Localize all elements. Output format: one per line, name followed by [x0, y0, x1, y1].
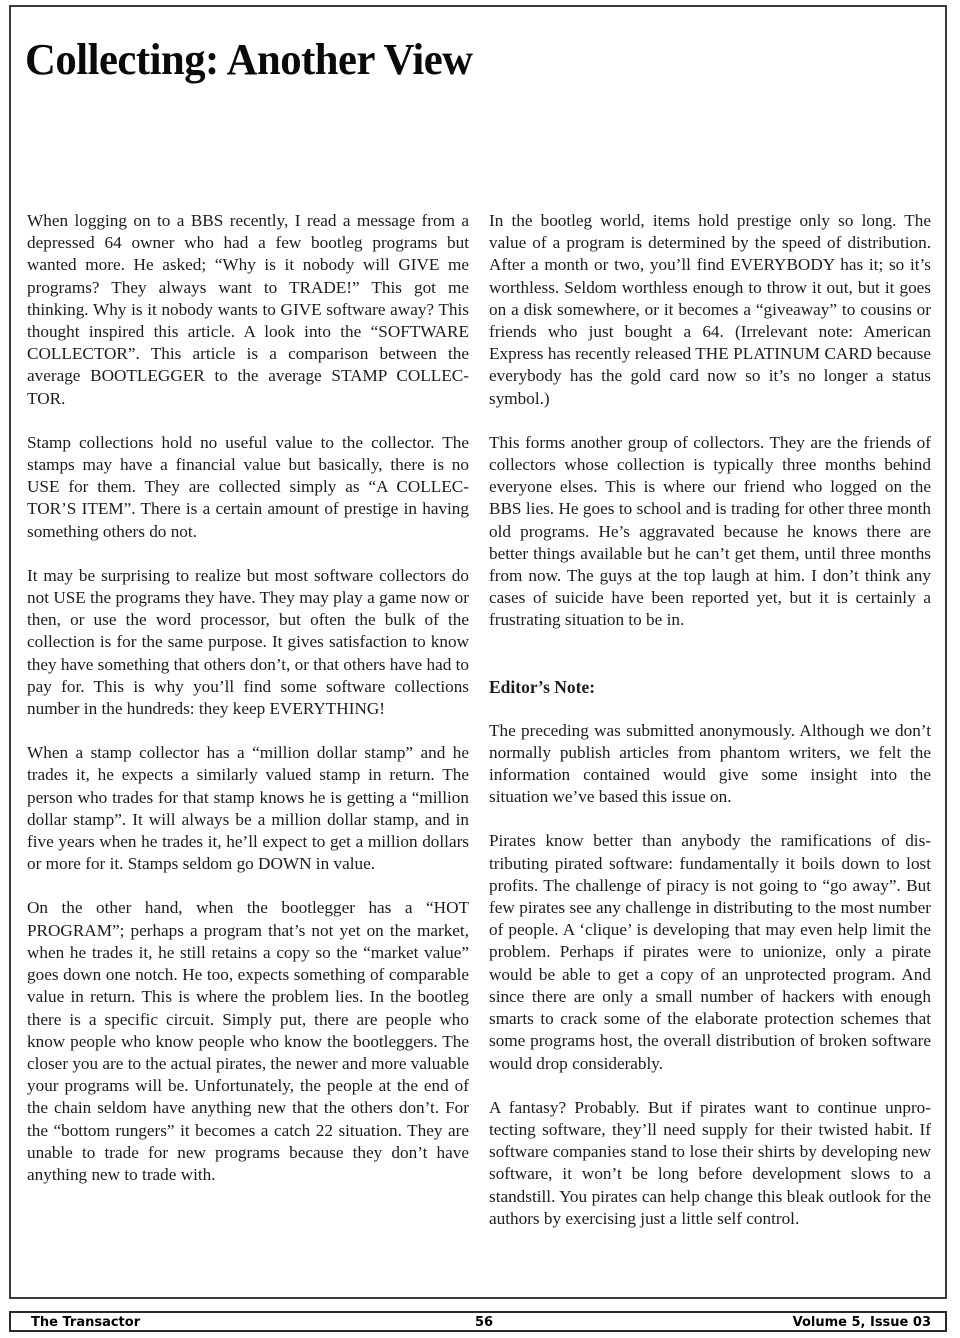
editors-note-paragraph: Pirates know better than anybody the ram…	[489, 830, 931, 1074]
issue-label: Volume 5, Issue 03	[793, 1314, 931, 1331]
paragraph: It may be surprising to realize but most…	[27, 565, 469, 720]
paragraph: When logging on to a BBS recently, I rea…	[27, 210, 469, 410]
paragraph: Stamp collections hold no useful value t…	[27, 432, 469, 543]
editors-note-heading: Editor’s Note:	[489, 676, 931, 698]
page-footer: The Transactor 56 Volume 5, Issue 03	[9, 1311, 947, 1332]
article-title: Collecting: Another View	[25, 34, 473, 85]
editors-note-paragraph: A fantasy? Probably. But if pirates want…	[489, 1097, 931, 1230]
publication-name: The Transactor	[31, 1314, 140, 1331]
paragraph: On the other hand, when the bootlegger h…	[27, 897, 469, 1186]
paragraph: When a stamp collector has a “million do…	[27, 742, 469, 875]
left-column: When logging on to a BBS recently, I rea…	[27, 210, 469, 1208]
paragraph: This forms another group of collectors. …	[489, 432, 931, 632]
paragraph: In the bootleg world, items hold prestig…	[489, 210, 931, 410]
editors-note-paragraph: The preceding was submitted anonymously.…	[489, 720, 931, 809]
page-number: 56	[475, 1314, 493, 1331]
right-column: In the bootleg world, items hold prestig…	[489, 210, 931, 1252]
